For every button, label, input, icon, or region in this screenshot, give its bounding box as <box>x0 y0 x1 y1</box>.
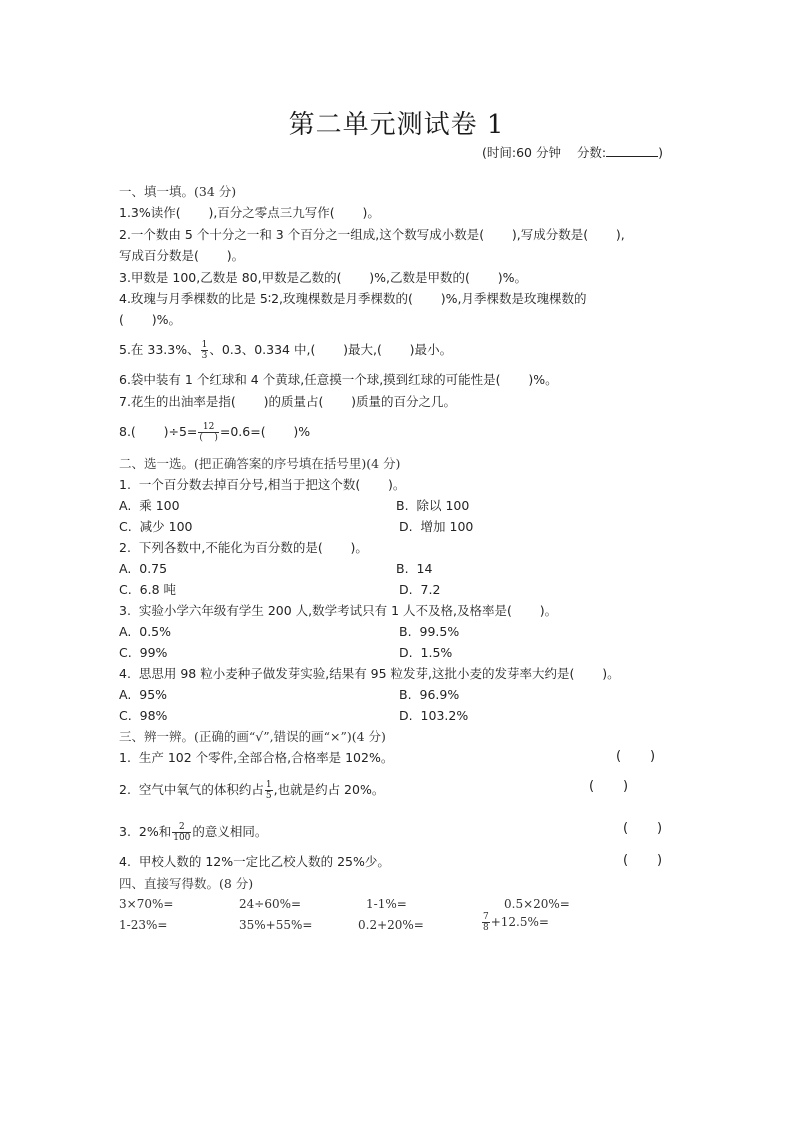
frac-numerator: 7 <box>482 912 490 923</box>
s2-question-3: 3. 实验小学六年级有学生 200 人,数学考试只有 1 人不及格,及格率是( … <box>119 603 557 619</box>
s2-q2-option-d: D. 7.2 <box>399 582 440 598</box>
meta-close: ) <box>658 145 663 160</box>
calc-r2-c2: 35%+55%= <box>239 918 312 932</box>
section-2-heading: 二、选一选。(把正确答案的序号填在括号里)(4 分) <box>119 456 400 472</box>
s2-question-1: 1. 一个百分数去掉百分号,相当于把这个数( )。 <box>119 477 405 493</box>
q5-text-pre: 5.在 33.3%、 <box>119 342 200 357</box>
s2-q3-option-c: C. 99% <box>119 645 167 661</box>
s1-question-2a: 2.一个数由 5 个十分之一和 3 个百分之一组成,这个数写成小数是( ),写成… <box>119 227 625 243</box>
s1-question-2b: 写成百分数是( )。 <box>119 248 244 264</box>
s1-question-1: 1.3%读作( ),百分之零点三九写作( )。 <box>119 205 380 221</box>
s1-question-6: 6.袋中装有 1 个红球和 4 个黄球,任意摸一个球,摸到红球的可能性是( )%… <box>119 372 558 388</box>
frac-denominator: 100 <box>172 833 191 843</box>
section-1-heading: 一、填一填。(34 分) <box>119 184 236 200</box>
calc-r1-c2: 24÷60%= <box>239 897 301 911</box>
s2-q4-option-a: A. 95% <box>119 687 167 703</box>
s3-q2-text-pre: 2. 空气中氧气的体积约占 <box>119 782 264 797</box>
frac-numerator: 1 <box>201 340 209 351</box>
frac-numerator: 2 <box>172 822 191 833</box>
frac-denominator: ( ) <box>198 433 218 443</box>
s3-question-2: 2. 空气中氧气的体积约占15,也就是约占 20%。 <box>119 780 384 801</box>
fraction-one-third: 13 <box>201 340 209 361</box>
frac-numerator: 12 <box>198 422 218 433</box>
q5-text-post: 、0.3、0.334 中,( )最大,( )最小。 <box>209 342 452 357</box>
s1-question-3: 3.甲数是 100,乙数是 80,甲数是乙数的( )%,乙数是甲数的( )%。 <box>119 270 527 286</box>
s2-q1-option-d: D. 增加 100 <box>399 519 473 535</box>
s2-q2-option-c: C. 6.8 吨 <box>119 582 176 598</box>
s2-q4-option-b: B. 96.9% <box>399 687 459 703</box>
frac-denominator: 5 <box>265 791 273 801</box>
calc-r2-c4: 78+12.5%= <box>481 912 549 933</box>
s3-q2-answer-blank[interactable]: ( ) <box>589 779 628 794</box>
q8-text-post: =0.6=( )% <box>220 424 310 439</box>
s2-q2-option-b: B. 14 <box>396 561 432 577</box>
calc-r2-c4-text: +12.5%= <box>491 915 549 929</box>
s2-question-4: 4. 思思用 98 粒小麦种子做发芽实验,结果有 95 粒发芽,这批小麦的发芽率… <box>119 666 620 682</box>
score-blank <box>606 144 658 157</box>
s2-q3-option-a: A. 0.5% <box>119 624 171 640</box>
s2-question-2: 2. 下列各数中,不能化为百分数的是( )。 <box>119 540 368 556</box>
s1-question-4b: ( )%。 <box>119 312 181 328</box>
s2-q2-option-a: A. 0.75 <box>119 561 167 577</box>
frac-denominator: 8 <box>482 923 490 933</box>
s2-q1-option-a: A. 乘 100 <box>119 498 180 514</box>
page-title: 第二单元测试卷 1 <box>0 104 793 141</box>
fraction-seven-eighths: 78 <box>482 912 490 933</box>
s1-question-5: 5.在 33.3%、13、0.3、0.334 中,( )最大,( )最小。 <box>119 340 452 361</box>
s2-q3-option-d: D. 1.5% <box>399 645 452 661</box>
calc-r1-c3: 1-1%= <box>366 897 407 911</box>
calc-r2-c3: 0.2+20%= <box>358 918 424 932</box>
exam-meta: (时间:60 分钟 分数:) <box>482 143 663 161</box>
fraction-one-fifth: 15 <box>265 780 273 801</box>
q8-text-pre: 8.( )÷5= <box>119 424 197 439</box>
s3-question-4: 4. 甲校人数的 12%一定比乙校人数的 25%少。 <box>119 854 390 870</box>
section-4-heading: 四、直接写得数。(8 分) <box>119 876 253 892</box>
s2-q4-option-d: D. 103.2% <box>399 708 468 724</box>
s2-q3-option-b: B. 99.5% <box>399 624 459 640</box>
calc-r2-c1: 1-23%= <box>119 918 167 932</box>
s3-question-1: 1. 生产 102 个零件,全部合格,合格率是 102%。 <box>119 750 393 766</box>
s3-q3-answer-blank[interactable]: ( ) <box>623 821 662 836</box>
s1-question-8: 8.( )÷5=12( )=0.6=( )% <box>119 422 310 443</box>
s3-q2-text-post: ,也就是约占 20%。 <box>274 782 385 797</box>
exam-page: 第二单元测试卷 1 (时间:60 分钟 分数:) 一、填一填。(34 分) 1.… <box>0 0 793 1122</box>
s2-q1-option-c: C. 减少 100 <box>119 519 192 535</box>
s3-q3-text-pre: 3. 2%和 <box>119 824 171 839</box>
section-3-heading: 三、辨一辨。(正确的画“√”,错误的画“×”)(4 分) <box>119 729 386 745</box>
s1-question-7: 7.花生的出油率是指( )的质量占( )质量的百分之几。 <box>119 394 456 410</box>
calc-r1-c1: 3×70%= <box>119 897 173 911</box>
s3-q3-text-post: 的意义相同。 <box>192 824 267 839</box>
s3-question-3: 3. 2%和2100的意义相同。 <box>119 822 267 843</box>
frac-numerator: 1 <box>265 780 273 791</box>
frac-denominator: 3 <box>201 351 209 361</box>
s3-q1-answer-blank[interactable]: ( ) <box>616 749 655 764</box>
s2-q4-option-c: C. 98% <box>119 708 167 724</box>
fraction-twelve-over-blank: 12( ) <box>198 422 218 443</box>
calc-r1-c4: 0.5×20%= <box>504 897 570 911</box>
time-score-label: (时间:60 分钟 分数: <box>482 145 606 160</box>
s1-question-4a: 4.玫瑰与月季棵数的比是 5∶2,玫瑰棵数是月季棵数的( )%,月季棵数是玫瑰棵… <box>119 291 586 307</box>
s3-q4-answer-blank[interactable]: ( ) <box>623 853 662 868</box>
fraction-two-hundredths: 2100 <box>172 822 191 843</box>
s2-q1-option-b: B. 除以 100 <box>396 498 469 514</box>
